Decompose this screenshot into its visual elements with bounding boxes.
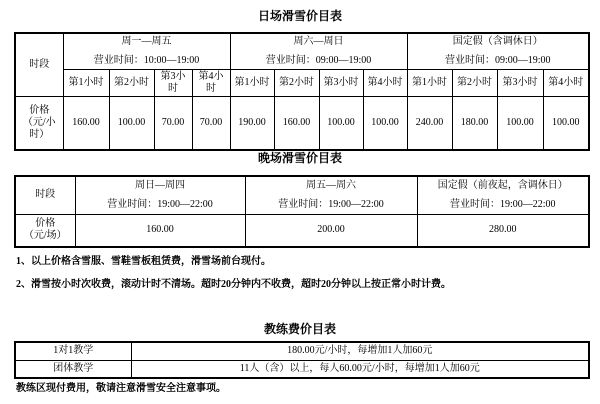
day-hour-header: 第3小时	[154, 69, 192, 96]
coach-table-title: 教练费价目表	[0, 322, 600, 336]
day-price-cell: 100.00	[319, 96, 363, 150]
night-group-holiday: 国定假（前夜起，含调休日） 营业时间：19:00—22:00	[417, 176, 589, 214]
night-group-fri-sat: 周五—周六 营业时间：19:00—22:00	[245, 176, 417, 214]
note-rental-included: 1、以上价格含雪服、雪鞋雪板租赁费，滑雪场前台现付。	[16, 256, 586, 268]
day-price-cell: 190.00	[230, 96, 274, 150]
day-hour-header: 第4小时	[363, 69, 407, 96]
coach-row-group: 团体教学 11人（含）以上，每人60.00元/小时，每增加1人加60元	[15, 360, 589, 378]
day-price-cell: 240.00	[407, 96, 452, 150]
day-price-cell: 70.00	[192, 96, 230, 150]
day-group-holiday-label: 国定假（含调休日）	[410, 35, 587, 48]
day-hour-header: 第3小时	[497, 69, 543, 96]
night-price-row: 价格 （元/场） 160.00 200.00 280.00	[15, 214, 589, 247]
day-price-cell: 160.00	[63, 96, 109, 150]
day-hour-header: 第3小时	[319, 69, 363, 96]
night-group-sun-thu-label: 周日—周四	[78, 179, 243, 192]
day-price-cell: 100.00	[543, 96, 589, 150]
day-hour-header: 第4小时	[192, 69, 230, 96]
night-price-table: 时段 周日—周四 营业时间：19:00—22:00 周五—周六 营业时间：19:…	[14, 175, 590, 248]
night-group-fri-sat-hours: 营业时间：19:00—22:00	[248, 198, 415, 211]
coach-price-table: 1对1教学 180.00元/小时，每增加1人加60元 团体教学 11人（含）以上…	[14, 341, 590, 379]
night-price-label: 价格 （元/场）	[15, 214, 75, 247]
day-price-row: 价格 （元/小时） 160.00 100.00 70.00 70.00 190.…	[15, 96, 589, 150]
day-hour-header: 第2小时	[109, 69, 154, 96]
day-group-weekdays: 周一—周五 营业时间：10:00—19:00	[63, 33, 230, 69]
day-hour-header: 第1小时	[407, 69, 452, 96]
coach-group-price: 11人（含）以上，每人60.00元/小时，每增加1人加60元	[131, 360, 589, 378]
day-price-cell: 180.00	[452, 96, 497, 150]
night-table-title: 晚场滑雪价目表	[0, 151, 600, 165]
day-price-table: 时段 周一—周五 营业时间：10:00—19:00 周六—周日 营业时间：09:…	[14, 32, 590, 151]
coach-one-on-one-price: 180.00元/小时，每增加1人加60元	[131, 342, 589, 360]
day-group-weekend-hours: 营业时间：09:00—19:00	[233, 54, 405, 67]
day-group-weekend: 周六—周日 营业时间：09:00—19:00	[230, 33, 407, 69]
night-group-holiday-label: 国定假（前夜起，含调休日）	[420, 179, 587, 192]
day-hour-header: 第1小时	[63, 69, 109, 96]
footer-safety-note: 教练区现付费用，敬请注意滑雪安全注意事项。	[16, 383, 586, 395]
day-group-holiday-hours: 营业时间：09:00—19:00	[410, 54, 587, 67]
price-list-document: 日场滑雪价目表 时段 周一—周五 营业时间：10:00—19:00 周六—周日 …	[0, 0, 600, 404]
day-hour-header: 第2小时	[452, 69, 497, 96]
day-table-title: 日场滑雪价目表	[0, 9, 600, 23]
day-group-weekend-label: 周六—周日	[233, 35, 405, 48]
day-price-cell: 100.00	[363, 96, 407, 150]
night-time-period-header: 时段	[15, 176, 75, 214]
day-group-holiday: 国定假（含调休日） 营业时间：09:00—19:00	[407, 33, 589, 69]
day-group-weekdays-hours: 营业时间：10:00—19:00	[66, 54, 228, 67]
day-hour-header: 第4小时	[543, 69, 589, 96]
day-price-label: 价格 （元/小时）	[15, 96, 63, 150]
day-hour-header: 第2小时	[274, 69, 319, 96]
night-header-row: 时段 周日—周四 营业时间：19:00—22:00 周五—周六 营业时间：19:…	[15, 176, 589, 214]
day-hour-header: 第1小时	[230, 69, 274, 96]
night-price-cell: 280.00	[417, 214, 589, 247]
coach-group-label: 团体教学	[15, 360, 131, 378]
night-group-holiday-hours: 营业时间：19:00—22:00	[420, 198, 587, 211]
day-group-weekdays-label: 周一—周五	[66, 35, 228, 48]
night-group-sun-thu-hours: 营业时间：19:00—22:00	[78, 198, 243, 211]
note-hourly-billing: 2、滑雪按小时次收费，滚动计时不清场。超时20分钟内不收费，超时20分钟以上按正…	[16, 279, 586, 291]
day-time-period-header: 时段	[15, 33, 63, 96]
day-price-cell: 160.00	[274, 96, 319, 150]
day-price-cell: 100.00	[109, 96, 154, 150]
day-hour-header-row: 第1小时 第2小时 第3小时 第4小时 第1小时 第2小时 第3小时 第4小时 …	[15, 69, 589, 96]
night-price-cell: 200.00	[245, 214, 417, 247]
night-group-sun-thu: 周日—周四 营业时间：19:00—22:00	[75, 176, 245, 214]
night-price-cell: 160.00	[75, 214, 245, 247]
day-group-header-row: 时段 周一—周五 营业时间：10:00—19:00 周六—周日 营业时间：09:…	[15, 33, 589, 69]
night-group-fri-sat-label: 周五—周六	[248, 179, 415, 192]
day-price-cell: 70.00	[154, 96, 192, 150]
coach-one-on-one-label: 1对1教学	[15, 342, 131, 360]
coach-row-one-on-one: 1对1教学 180.00元/小时，每增加1人加60元	[15, 342, 589, 360]
day-price-cell: 100.00	[497, 96, 543, 150]
